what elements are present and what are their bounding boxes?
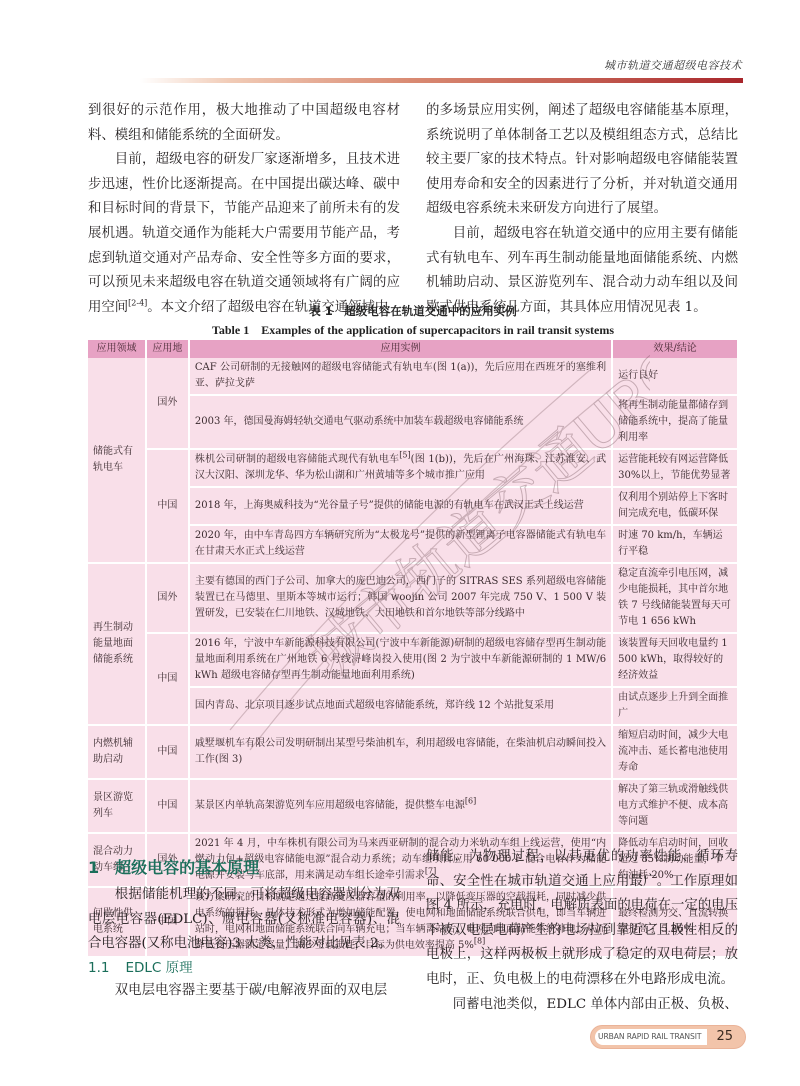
cell-result: 将再生制动能量都储存到储能系统中，提高了能量利用率: [612, 395, 738, 449]
cell-result: 稳定直流牵引电压网，减少电能损耗，其中首尔地铁 7 号线储能装置每天可节电 1 …: [612, 563, 738, 633]
subsection-1-1-heading: 1.1EDLC 原理: [88, 957, 400, 979]
cell-domain: 景区游览列车: [88, 779, 146, 833]
cell-result: 缩短启动时间，减少大电流冲击、延长蓄电池使用寿命: [612, 725, 738, 779]
footer-badge: URBAN RAPID RAIL TRANSIT 25: [590, 1025, 746, 1049]
cell-result: 运营能耗较有网运营降低 30%以上，节能优势显著: [612, 449, 738, 487]
cell-example: 戚墅堰机车有限公司发明研制出某型号柴油机车，利用超级电容储能，在柴油机启动瞬间投…: [189, 725, 612, 779]
body-paragraph: 双电层电容器主要基于碳/电解液界面的双电层: [88, 979, 400, 1004]
cell-example: 株机公司研制的超级电容储能式现代有轨电车[5](图 1(b))，先后在广州海珠、…: [189, 449, 612, 487]
cell-example: 2018 年，上海奥威科技为“光谷量子号”提供的储能电源的有轨电车在武汉正式上线…: [189, 487, 612, 525]
cell-result: 该装置每天回收电量约 1 500 kWh，取得较好的经济效益: [612, 633, 738, 687]
cell-place: 国外: [146, 563, 189, 633]
cell-place: 中国: [146, 633, 189, 725]
header-domain: 应用领域: [88, 340, 146, 358]
header-rule: [140, 78, 743, 83]
cell-result: 解决了第三轨或滑触线供电方式维护不便、成本高等问题: [612, 779, 738, 833]
intro-left-column: 到很好的示范作用，极大地推动了中国超级电容材料、模组和储能系统的全面研发。 目前…: [88, 99, 400, 320]
intro-paragraph: 目前，超级电容的研发厂家逐渐增多，且技术进步迅速，性价比逐渐提高。在中国提出碳达…: [88, 148, 400, 320]
table-row: 景区游览列车 中国 某景区内单轨高架游览列车应用超级电容储能，提供整车电源[6]…: [88, 779, 738, 833]
header-result: 效果/结论: [612, 340, 738, 358]
section-1-heading: 1超级电容的基本原理: [88, 855, 259, 878]
cell-example: CAF 公司研制的无接触网的超级电容储能式有轨电车(图 1(a))，先后应用在西…: [189, 358, 612, 395]
cell-example: 国内青岛、北京项目逐步试点地面式超级电容储能系统，郑许线 12 个站批复采用: [189, 687, 612, 725]
cell-place: 国外: [146, 358, 189, 449]
cell-domain: 内燃机辅助启动: [88, 725, 146, 779]
body-paragraph: 储能，为物理过程，以其更优的功率性能、循环寿命、安全性在城市轨道交通上应用最广。…: [426, 845, 738, 993]
table-row: 再生制动能量地面储能系统 国外 主要有德国的西门子公司、加拿大的庞巴迪公司，西门…: [88, 563, 738, 633]
cell-example: 主要有德国的西门子公司、加拿大的庞巴迪公司，西门子的 SITRAS SES 系列…: [189, 563, 612, 633]
journal-name: URBAN RAPID RAIL TRANSIT: [595, 1029, 707, 1045]
citation: [5]: [399, 451, 410, 460]
table-row: 储能式有轨电车 国外 CAF 公司研制的无接触网的超级电容储能式有轨电车(图 1…: [88, 358, 738, 395]
cell-place: 中国: [146, 449, 189, 563]
cell-place: 中国: [146, 779, 189, 833]
cell-place: 中国: [146, 725, 189, 779]
cell-example: 某景区内单轨高架游览列车应用超级电容储能，提供整车电源[6]: [189, 779, 612, 833]
section-1-right-column: 储能，为物理过程，以其更优的功率性能、循环寿命、安全性在城市轨道交通上应用最广。…: [426, 845, 738, 1017]
table-row: 内燃机辅助启动 中国 戚墅堰机车有限公司发明研制出某型号柴油机车，利用超级电容储…: [88, 725, 738, 779]
table-header-row: 应用领域 应用地 应用实例 效果/结论: [88, 340, 738, 358]
header-place: 应用地: [146, 340, 189, 358]
body-paragraph: 同蓄电池类似，EDLC 单体内部由正极、负极、: [426, 993, 738, 1018]
section-1-left-column: 根据储能机理的不同，可将超级电容器划分为双电层电容器(EDLC)、赝电容器(又称…: [88, 883, 400, 1003]
cell-domain: 再生制动能量地面储能系统: [88, 563, 146, 725]
running-head: 城市轨道交通超级电容技术: [604, 57, 742, 73]
cell-example: 2003 年，德国曼海姆轻轨交通电气驱动系统中加装车载超级电容储能系统: [189, 395, 612, 449]
cell-example: 2020 年，由中车青岛四方车辆研究所为“太极龙号”提供的新型锂离子电容器储能式…: [189, 525, 612, 563]
cell-example: 2016 年，宁波中车新能源科技有限公司(宁波中车新能源)研制的超级电容储存型再…: [189, 633, 612, 687]
intro-paragraph: 的多场景应用实例，阐述了超级电容储能基本原理，系统说明了单体制备工艺以及模组组态…: [426, 99, 738, 222]
table-caption-cn: 表 1 超级电容在轨道交通中的应用实例: [88, 303, 738, 319]
header-example: 应用实例: [189, 340, 612, 358]
cell-result: 由试点逐步上升到全面推广: [612, 687, 738, 725]
table-row: 中国 株机公司研制的超级电容储能式现代有轨电车[5](图 1(b))，先后在广州…: [88, 449, 738, 487]
body-paragraph: 根据储能机理的不同，可将超级电容器划分为双电层电容器(EDLC)、赝电容器(又称…: [88, 883, 400, 957]
table-row: 中国 2016 年，宁波中车新能源科技有限公司(宁波中车新能源)研制的超级电容储…: [88, 633, 738, 687]
cell-result: 仅利用个别站停上下客时间完成充电，低碳环保: [612, 487, 738, 525]
cell-result: 运行良好: [612, 358, 738, 395]
cell-domain: 储能式有轨电车: [88, 358, 146, 563]
page-number: 25: [716, 1028, 733, 1046]
intro-right-column: 的多场景应用实例，阐述了超级电容储能基本原理，系统说明了单体制备工艺以及模组组态…: [426, 99, 738, 320]
intro-paragraph: 到很好的示范作用，极大地推动了中国超级电容材料、模组和储能系统的全面研发。: [88, 99, 400, 148]
cell-result: 时速 70 km/h，车辆运行平稳: [612, 525, 738, 563]
citation: [6]: [465, 797, 476, 806]
table-caption-en: Table 1 Examples of the application of s…: [88, 321, 738, 338]
